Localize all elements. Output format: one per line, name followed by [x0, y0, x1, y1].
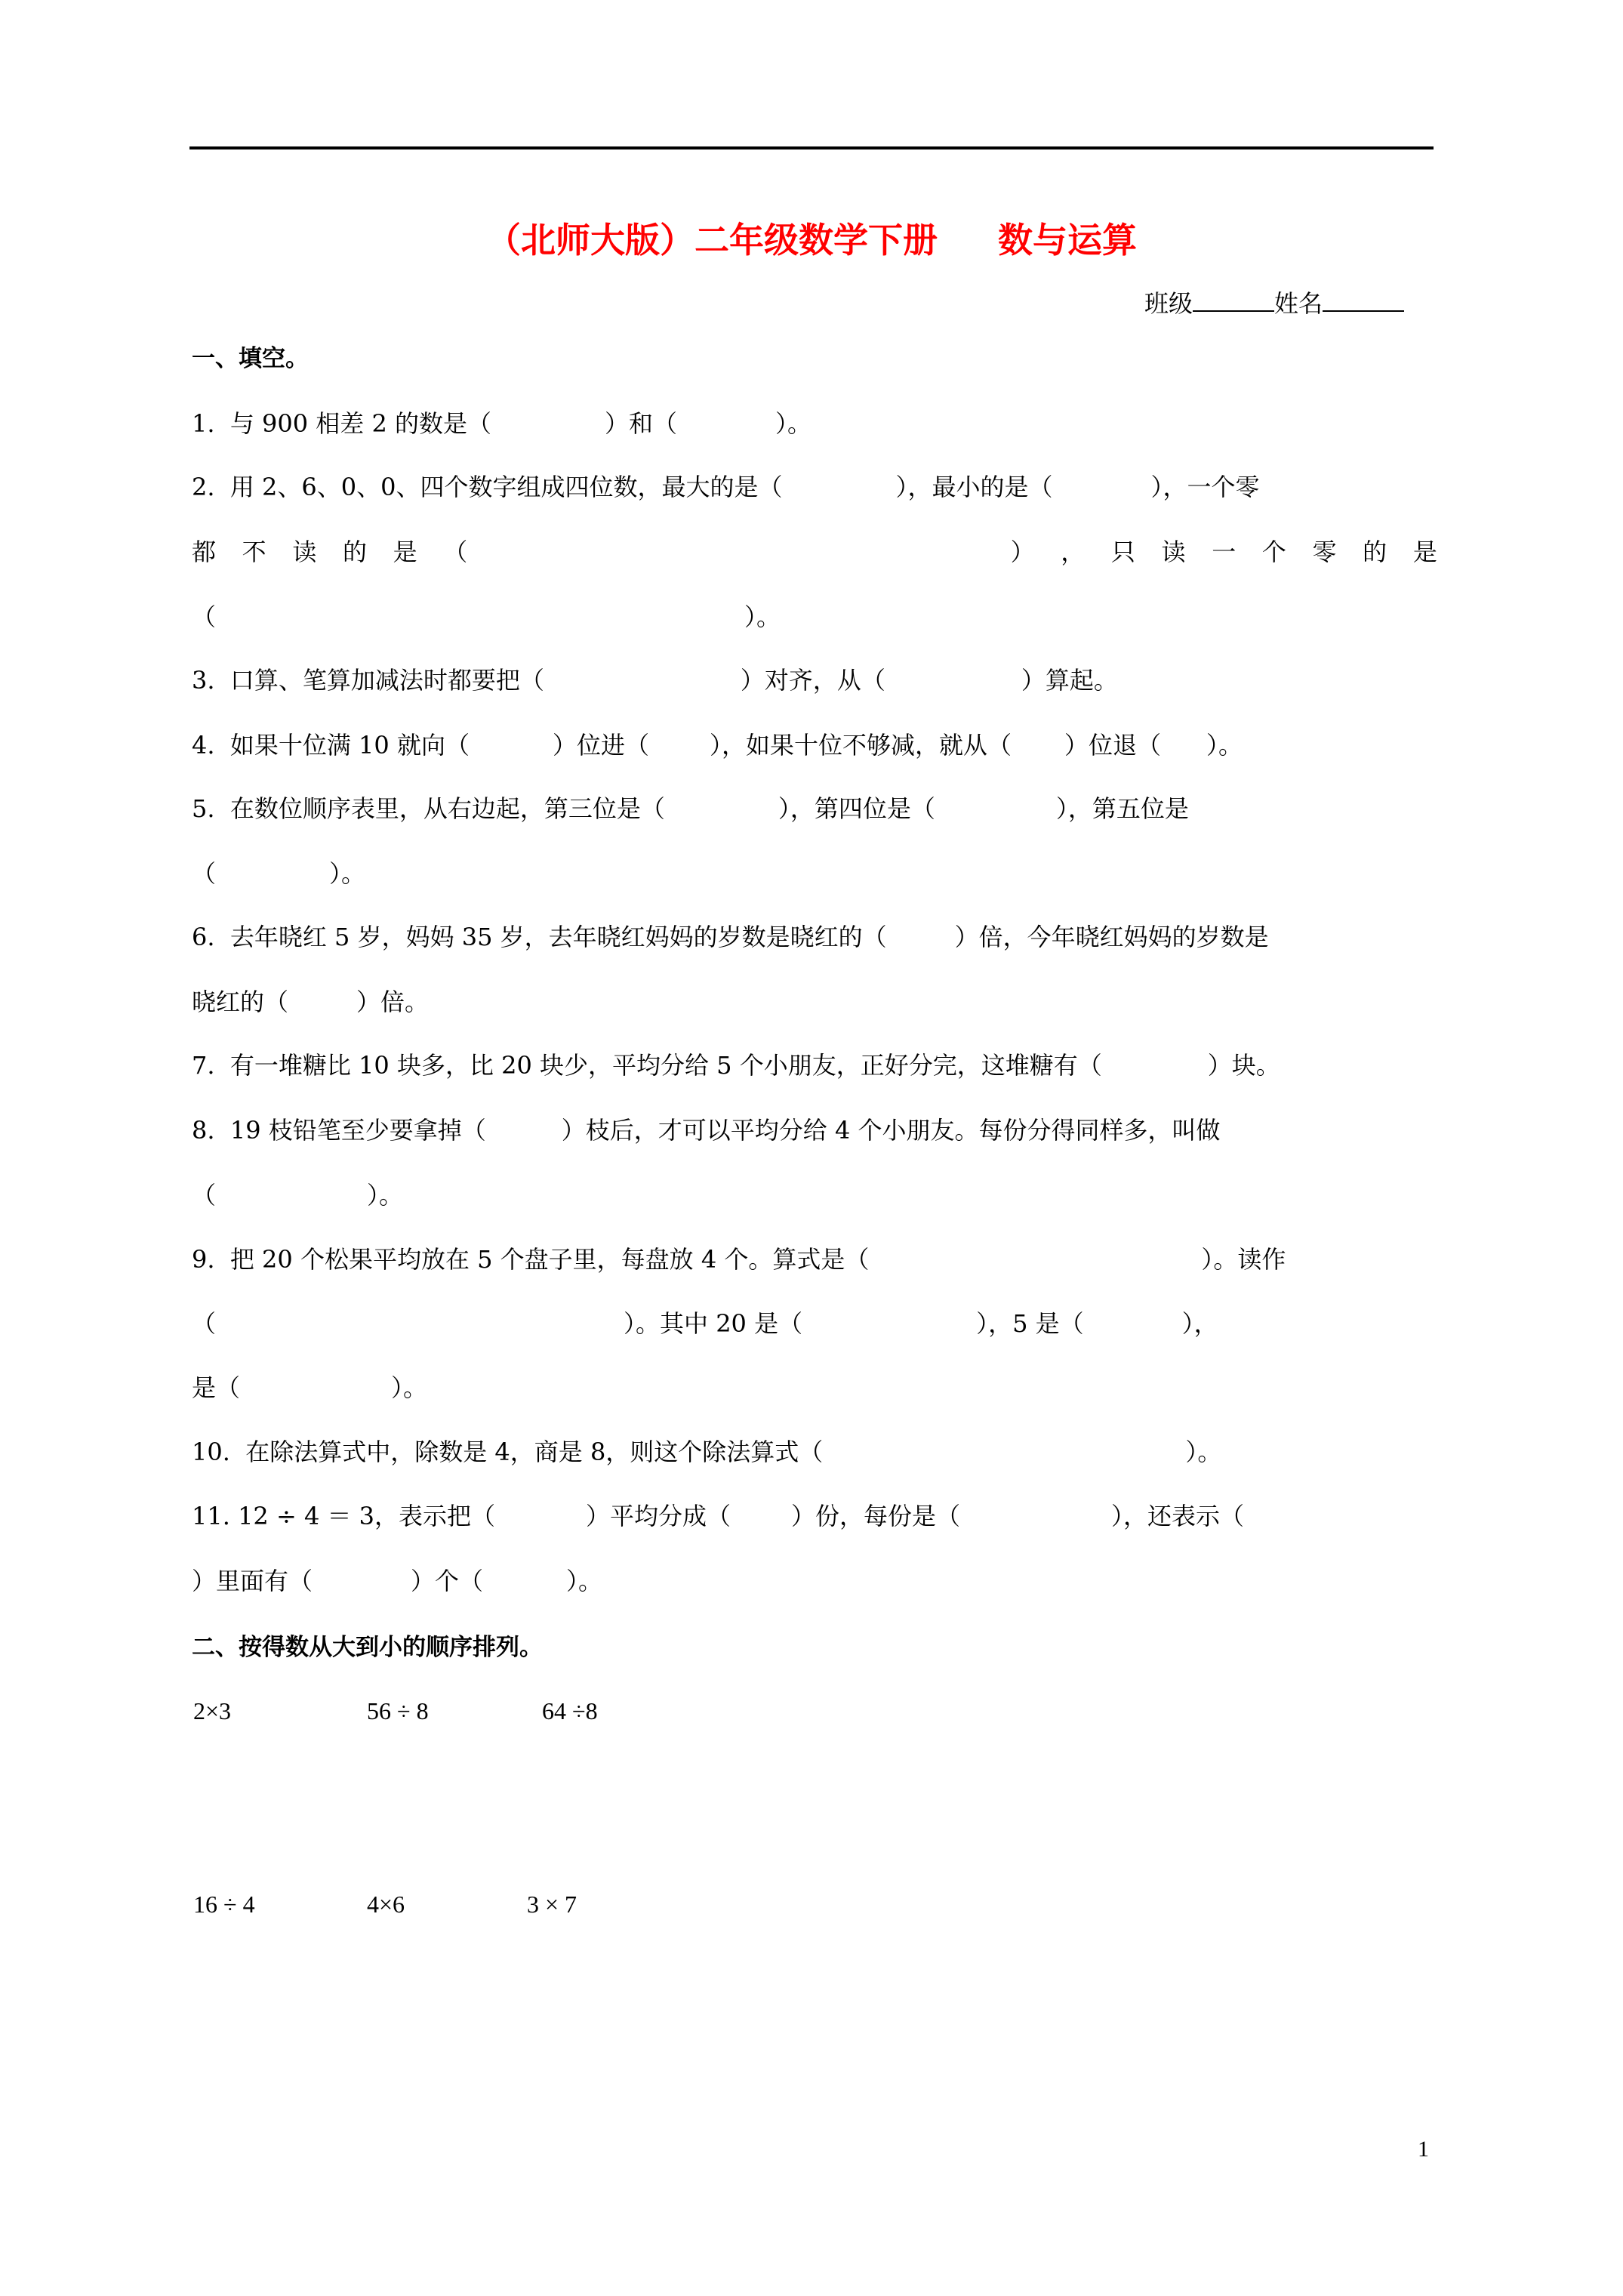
q2-char: 读 [292, 537, 316, 567]
q8-blank-1[interactable] [486, 1138, 562, 1139]
class-blank[interactable] [1193, 289, 1274, 312]
q11-text: ）里面有（ [192, 1567, 313, 1595]
q2-char: 只 [1111, 537, 1135, 567]
q1-text: 1. 与 900 相差 2 的数是（ [192, 409, 491, 438]
q9-blank-formula[interactable] [869, 1267, 1201, 1268]
title-main: （北师大版）二年级数学下册 [486, 220, 938, 260]
q6-blank-2[interactable] [288, 1009, 356, 1010]
expression: 56 ÷ 8 [367, 1696, 429, 1726]
question-6: 6. 去年晓红 5 岁，妈妈 35 岁，去年晓红妈妈的岁数是晓红的（）倍，今年晓… [192, 922, 1269, 952]
q9-text: ）。读作 [1201, 1245, 1286, 1274]
q3-text: ）对齐，从（ [741, 666, 885, 695]
expression: 4×6 [367, 1889, 405, 1919]
q11-text: 11. 12 ÷ 4 ＝ 3，表示把（ [192, 1502, 495, 1530]
q5-text: （ [192, 859, 216, 888]
question-1: 1. 与 900 相差 2 的数是（）和（）。 [192, 408, 811, 439]
q1-text: ）和（ [605, 409, 677, 438]
q1-blank-1[interactable] [491, 431, 605, 432]
q7-blank-1[interactable] [1102, 1073, 1208, 1074]
q11-text: ）。 [566, 1567, 602, 1595]
q7-text: ）块。 [1208, 1051, 1280, 1080]
question-2-line-3: （）。 [192, 602, 781, 632]
question-6-line-2: 晓红的（）倍。 [192, 987, 429, 1017]
question-9-line-3: 是（）。 [192, 1373, 427, 1403]
question-8-line-2: （）。 [192, 1180, 403, 1210]
title-topic: 数与运算 [998, 220, 1137, 260]
q2-char: （ [443, 537, 467, 567]
q9-text: （ [192, 1309, 216, 1338]
q2-char: 是 [393, 537, 417, 567]
q4-text: ）位退（ [1064, 731, 1161, 760]
document-title: （北师大版）二年级数学下册数与运算 [0, 219, 1623, 261]
q11-text: ）平均分成（ [586, 1502, 731, 1530]
q9-blank-20[interactable] [802, 1331, 976, 1332]
q2-text: ），最小的是（ [896, 473, 1053, 501]
q2-char: ， [1061, 537, 1085, 567]
q9-text: ）。其中 20 是（ [624, 1309, 802, 1338]
q4-text: 4. 如果十位满 10 就向（ [192, 731, 470, 760]
q2-blank-min[interactable] [1053, 495, 1151, 495]
q8-blank-2[interactable] [216, 1203, 367, 1203]
question-2: 2. 用 2、6、0、0、四个数字组成四位数，最大的是（），最小的是（），一个零 [192, 472, 1260, 502]
q2-char: 都 [192, 537, 216, 567]
question-11-line-2: ）里面有（）个（）。 [192, 1566, 602, 1596]
section-2-heading: 二、按得数从大到小的顺序排列。 [192, 1632, 543, 1663]
q4-blank-2[interactable] [649, 753, 710, 754]
q1-text: ）。 [775, 409, 811, 438]
q11-blank-2[interactable] [731, 1524, 791, 1524]
q8-text: （ [192, 1181, 216, 1210]
question-9-line-2: （）。其中 20 是（），5 是（）， [192, 1308, 1218, 1339]
name-blank[interactable] [1323, 289, 1404, 312]
q2-text: ）。 [744, 603, 781, 631]
q8-text: ）。 [367, 1181, 403, 1210]
q11-text: ）份，每份是（ [791, 1502, 960, 1530]
expression: 2×3 [193, 1696, 231, 1726]
q9-text: ）， [1182, 1309, 1218, 1338]
page-number: 1 [1418, 2137, 1429, 2162]
q2-char: 不 [242, 537, 266, 567]
q2-text: ），一个零 [1151, 473, 1260, 501]
q9-text: 是（ [192, 1373, 240, 1402]
q5-text: ）。 [329, 859, 365, 888]
q2-char: 是 [1413, 537, 1437, 567]
q2-char: 的 [343, 537, 367, 567]
question-5: 5. 在数位顺序表里，从右边起，第三位是（），第四位是（），第五位是 [192, 794, 1189, 824]
q6-text: ）倍，今年晓红妈妈的岁数是 [955, 923, 1269, 951]
q11-blank-4[interactable] [313, 1589, 411, 1589]
q9-text: ），5 是（ [976, 1309, 1084, 1338]
q2-char: ） [1011, 537, 1035, 567]
q2-text: （ [192, 603, 216, 631]
q11-text: ）个（ [411, 1567, 483, 1595]
q9-text: 9. 把 20 个松果平均放在 5 个盘子里，每盘放 4 个。算式是（ [192, 1245, 869, 1274]
q4-text: ）位进（ [553, 731, 649, 760]
q6-blank-1[interactable] [887, 945, 955, 945]
question-4: 4. 如果十位满 10 就向（）位进（），如果十位不够减，就从（）位退（）。 [192, 730, 1243, 760]
question-8: 8. 19 枝铅笔至少要拿掉（）枝后，才可以平均分给 4 个小朋友。每份分得同样… [192, 1115, 1221, 1145]
q2-char: 零 [1313, 537, 1337, 567]
q2-char: 读 [1162, 537, 1186, 567]
class-name-fields: 班级姓名 [1144, 288, 1404, 319]
section-1-heading: 一、填空。 [192, 344, 309, 374]
q4-blank-1[interactable] [470, 753, 553, 754]
q4-blank-3[interactable] [1012, 753, 1064, 754]
q2-blank-no-zero[interactable] [494, 537, 984, 538]
question-10: 10. 在除法算式中，除数是 4，商是 8，则这个除法算式（）。 [192, 1437, 1221, 1467]
q9-blank-reading[interactable] [216, 1331, 624, 1332]
header-rule [189, 146, 1434, 149]
expression: 16 ÷ 4 [193, 1889, 255, 1919]
q3-text: ）算起。 [1021, 666, 1118, 695]
question-7: 7. 有一堆糖比 10 块多，比 20 块少，平均分给 5 个小朋友，正好分完，… [192, 1050, 1280, 1080]
q6-text: 6. 去年晓红 5 岁，妈妈 35 岁，去年晓红妈妈的岁数是晓红的（ [192, 923, 887, 951]
q9-text: ）。 [391, 1373, 427, 1402]
q11-blank-5[interactable] [483, 1589, 566, 1589]
question-2-line-2: 都 不 读 的 是 （ ） ， 只 读 一 个 零 的 是 [192, 537, 1437, 567]
q8-text: 8. 19 枝铅笔至少要拿掉（ [192, 1116, 486, 1145]
q5-blank-3[interactable] [216, 881, 329, 882]
expression: 3 × 7 [527, 1889, 577, 1919]
q2-char: 一 [1212, 537, 1236, 567]
q11-blank-1[interactable] [495, 1524, 586, 1524]
q4-blank-4[interactable] [1161, 753, 1206, 754]
q2-char: 的 [1363, 537, 1387, 567]
q2-char: 个 [1262, 537, 1286, 567]
q11-text: ），还表示（ [1111, 1502, 1244, 1530]
question-9: 9. 把 20 个松果平均放在 5 个盘子里，每盘放 4 个。算式是（）。读作 [192, 1244, 1286, 1274]
q9-blank-4[interactable] [240, 1395, 391, 1396]
q5-text: ），第五位是 [1056, 794, 1189, 823]
q4-text: ）。 [1206, 731, 1243, 760]
q6-text: 晓红的（ [192, 988, 288, 1016]
q9-blank-5[interactable] [1084, 1331, 1182, 1332]
class-label: 班级 [1144, 289, 1193, 318]
expression: 64 ÷8 [542, 1696, 598, 1726]
q3-text: 3. 口算、笔算加减法时都要把（ [192, 666, 544, 695]
q10-blank-1[interactable] [823, 1459, 1185, 1460]
q6-text: ）倍。 [356, 988, 429, 1016]
question-3: 3. 口算、笔算加减法时都要把（）对齐，从（）算起。 [192, 665, 1118, 695]
q5-text: ），第四位是（ [778, 794, 935, 823]
q3-blank-1[interactable] [544, 688, 741, 689]
q11-blank-3[interactable] [960, 1524, 1111, 1524]
q2-blank-max[interactable] [783, 495, 896, 495]
q8-text: ）枝后，才可以平均分给 4 个小朋友。每份分得同样多，叫做 [562, 1116, 1221, 1145]
q5-blank-1[interactable] [665, 816, 778, 817]
q7-text: 7. 有一堆糖比 10 块多，比 20 块少，平均分给 5 个小朋友，正好分完，… [192, 1051, 1102, 1080]
q10-text: 10. 在除法算式中，除数是 4，商是 8，则这个除法算式（ [192, 1438, 823, 1466]
q2-blank-one-zero[interactable] [216, 624, 744, 625]
name-label: 姓名 [1274, 289, 1323, 318]
q5-text: 5. 在数位顺序表里，从右边起，第三位是（ [192, 794, 665, 823]
question-5-line-2: （）。 [192, 858, 365, 889]
q4-text: ），如果十位不够减，就从（ [710, 731, 1012, 760]
q3-blank-2[interactable] [885, 688, 1021, 689]
q5-blank-2[interactable] [935, 816, 1056, 817]
q2-text: 2. 用 2、6、0、0、四个数字组成四位数，最大的是（ [192, 473, 783, 501]
question-11: 11. 12 ÷ 4 ＝ 3，表示把（）平均分成（）份，每份是（），还表示（ [192, 1501, 1244, 1531]
q10-text: ）。 [1185, 1438, 1221, 1466]
q1-blank-2[interactable] [677, 431, 775, 432]
